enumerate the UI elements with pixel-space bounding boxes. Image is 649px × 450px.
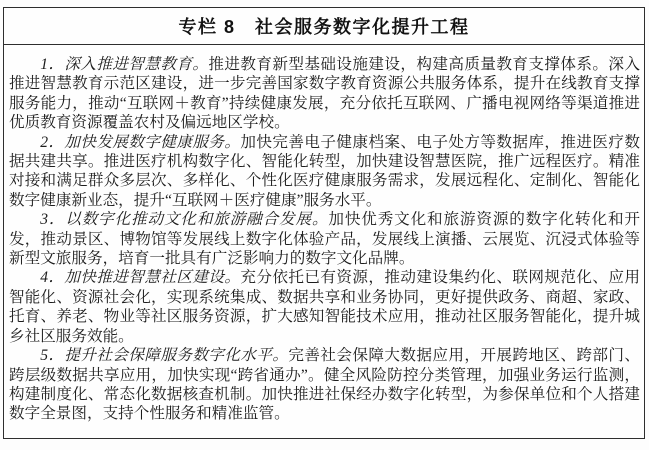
item-lead: 1．深入推进智慧教育。 (40, 56, 208, 73)
column-item: 2．加快发展数字健康服务。加快完善电子健康档案、电子处方等数据库，推进医疗数据共… (9, 133, 640, 211)
column-item: 5．提升社会保障服务数字化水平。完善社会保障大数据应用，开展跨地区、跨部门、跨层… (9, 346, 640, 424)
column-title: 专栏 8 社会服务数字化提升工程 (178, 13, 469, 39)
column-box: 专栏 8 社会服务数字化提升工程 1．深入推进智慧教育。推进教育新型基础设施建设… (3, 7, 645, 439)
column-item: 4．加快推进智慧社区建设。充分依托已有资源，推动建设集约化、联网规范化、应用智能… (9, 268, 640, 346)
item-lead: 4．加快推进智慧社区建设。 (40, 269, 240, 286)
item-lead: 3．以数字化推动文化和旅游融合发展。 (40, 211, 328, 228)
document-page: 专栏 8 社会服务数字化提升工程 1．深入推进智慧教育。推进教育新型基础设施建设… (0, 0, 649, 450)
column-item: 3．以数字化推动文化和旅游融合发展。加快优秀文化和旅游资源的数字化转化和开发，推… (9, 210, 640, 268)
column-item: 1．深入推进智慧教育。推进教育新型基础设施建设，构建高质量教育支撑体系。深入推进… (9, 55, 640, 133)
column-body: 1．深入推进智慧教育。推进教育新型基础设施建设，构建高质量教育支撑体系。深入推进… (4, 45, 644, 424)
item-lead: 5．提升社会保障服务数字化水平。 (40, 347, 288, 364)
item-lead: 2．加快发展数字健康服务。 (40, 134, 240, 151)
column-title-bar: 专栏 8 社会服务数字化提升工程 (4, 8, 644, 45)
